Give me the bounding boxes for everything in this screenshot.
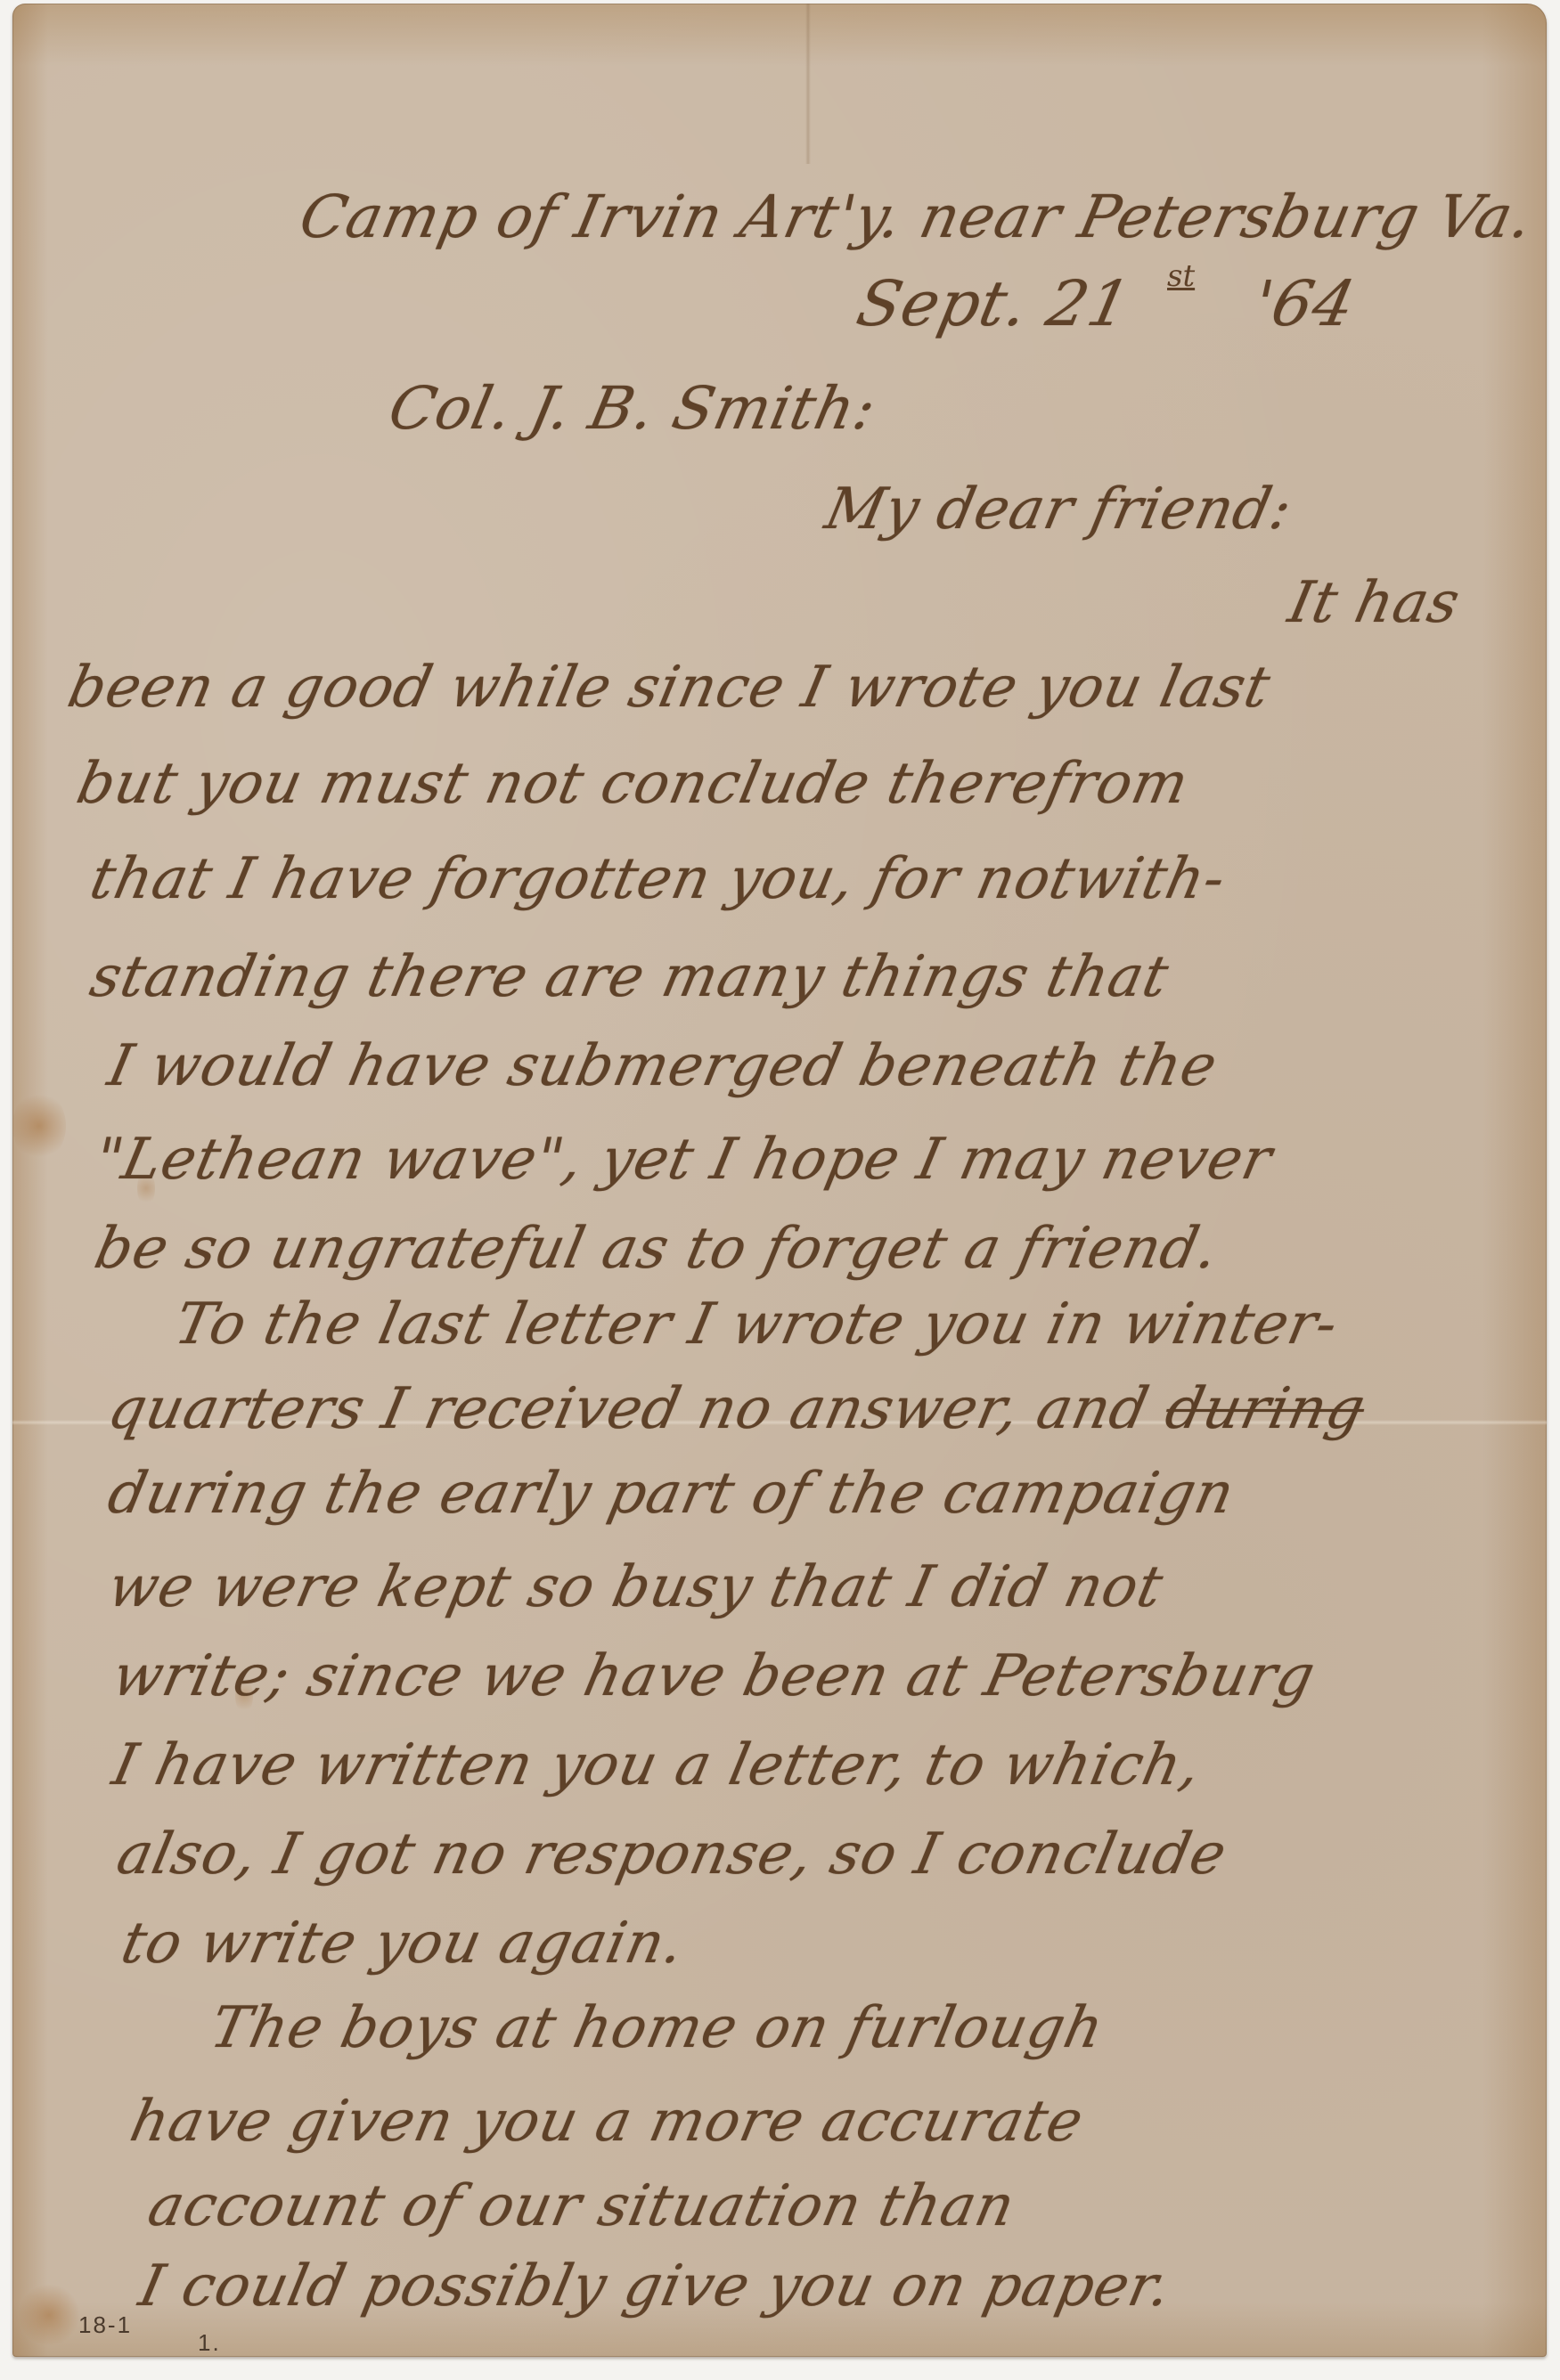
body-line: during the early part of the campaign [102,1461,1240,1527]
paper-stain [12,1090,66,1161]
letter-heading-year: '64 [1247,267,1362,340]
body-line: but you must not conclude therefrom [71,751,1195,817]
body-line: I could possibly give you on paper. [134,2254,1177,2319]
body-line: be so ungrateful as to forget a friend. [89,1216,1224,1282]
date-text: Sept. 21 [851,267,1137,340]
letter-addressee: Col. J. B. Smith: [383,374,883,443]
body-line: The boys at home on furlough [205,1995,1110,2061]
body-line: also, I got no response, so I conclude [111,1822,1232,1887]
body-line: that I have forgotten you, for notwith- [85,846,1231,912]
paper-fold-vertical [805,4,811,164]
letter-heading-date: Sept. 21 [851,267,1137,340]
date-suffix: st [1167,258,1195,294]
archive-reference-mark: 1. [198,2329,221,2357]
body-line: quarters I received no answer, and durin… [102,1376,1371,1442]
letter-heading-place: Camp of Irvin Art'y. near Petersburg Va. [294,183,1539,251]
body-line-text: quarters I received no answer, and [102,1376,1155,1442]
letter-greeting: My dear friend: [820,477,1298,542]
body-line: "Lethean wave", yet I hope I may never [89,1127,1278,1193]
body-line: I have written you a letter, to which, [107,1732,1207,1798]
body-line: I would have submerged beneath the [102,1033,1223,1099]
archive-reference-number: 18-1 [78,2311,132,2339]
body-line: we were kept so busy that I did not [102,1554,1169,1620]
body-line: to write you again. [116,1911,690,1977]
body-line: standing there are many things that [85,944,1174,1010]
body-line: To the last letter I wrote you in winter… [169,1292,1344,1357]
paper-stain [18,2284,80,2346]
body-line: have given you a more accurate [125,2089,1090,2155]
body-line: account of our situation than [143,2173,1021,2239]
body-line: been a good while since I wrote you last [62,655,1277,721]
body-line: It has [1283,570,1466,636]
struck-word: during [1160,1376,1371,1442]
body-line: write; since we have been at Petersburg [107,1643,1321,1709]
